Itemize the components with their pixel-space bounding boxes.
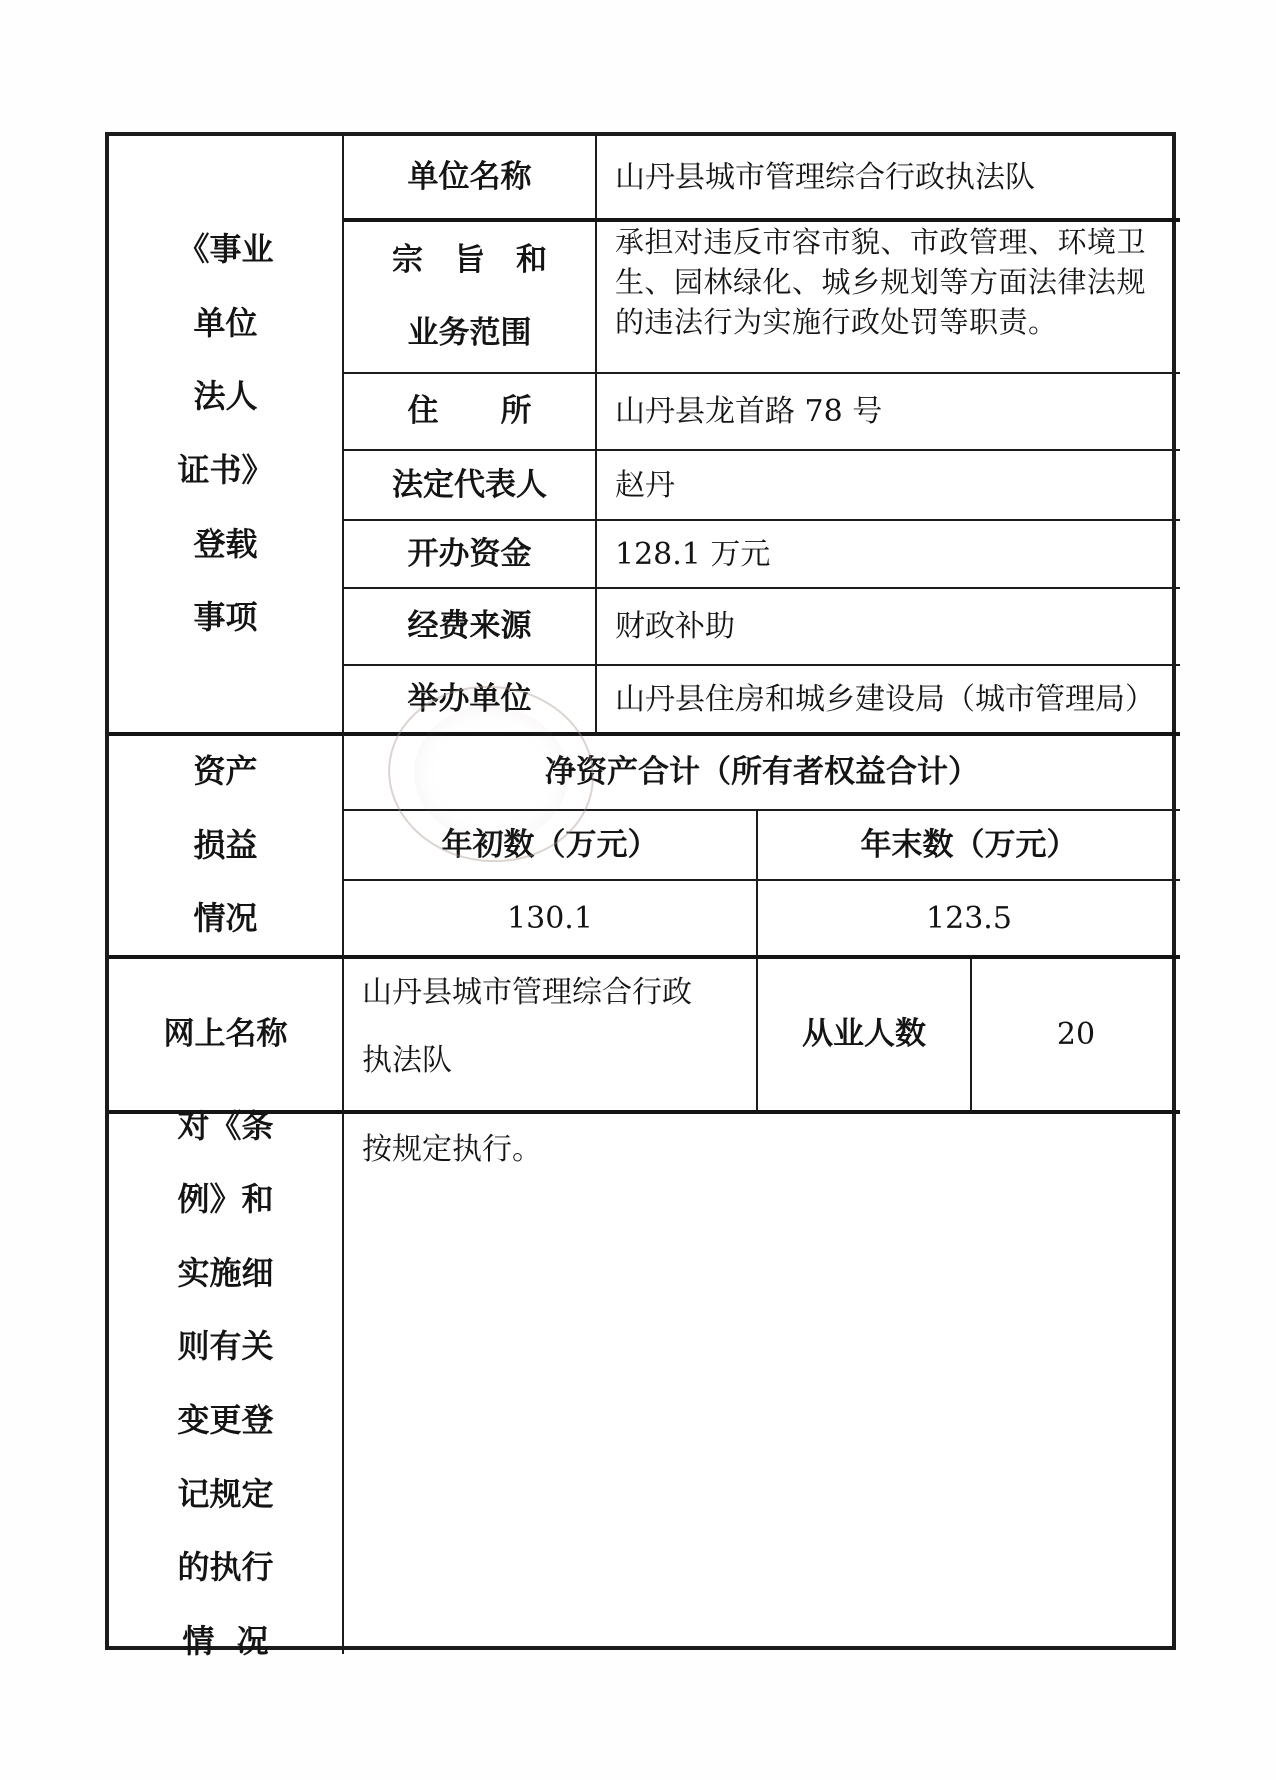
year-start-value: 130.1 [344,881,758,959]
online-name-value: 山丹县城市管理综合行政执法队 [344,959,758,1114]
staff-count-value: 20 [972,959,1180,1114]
opening-funds-value: 128.1 万元 [597,521,1180,589]
year-end-header: 年末数（万元） [758,811,1180,881]
scanned-document-page: 《事业单位法人证书》登载事项 单位名称 山丹县城市管理综合行政执法队 宗 旨 和… [0,0,1276,1780]
year-end-value: 123.5 [758,881,1180,959]
unit-name-value: 山丹县城市管理综合行政执法队 [597,136,1180,222]
section-label-compliance: 对《条例》和实施细则有关变更登记规定的执行情 况 [109,1114,344,1654]
legal-representative-label: 法定代表人 [344,451,597,521]
funding-source-label: 经费来源 [344,589,597,666]
opening-funds-label: 开办资金 [344,521,597,589]
registration-form-table: 《事业单位法人证书》登载事项 单位名称 山丹县城市管理综合行政执法队 宗 旨 和… [105,132,1176,1650]
legal-representative-value: 赵丹 [597,451,1180,521]
compliance-value: 按规定执行。 [344,1114,1180,1654]
address-value: 山丹县龙首路 78 号 [597,374,1180,451]
section-label-assets: 资产损益情况 [109,736,344,959]
net-assets-header: 净资产合计（所有者权益合计） [344,736,1180,811]
section-label-certificate-items: 《事业单位法人证书》登载事项 [109,136,344,736]
purpose-scope-value: 承担对违反市容市貌、市政管理、环境卫生、园林绿化、城乡规划等方面法律法规的违法行… [597,222,1180,374]
address-label: 住 所 [344,374,597,451]
funding-source-value: 财政补助 [597,589,1180,666]
purpose-scope-label: 宗 旨 和业务范围 [344,222,597,374]
unit-name-label: 单位名称 [344,136,597,222]
staff-count-label: 从业人数 [758,959,972,1114]
organizer-label: 举办单位 [344,666,597,736]
organizer-value: 山丹县住房和城乡建设局（城市管理局） [597,666,1180,736]
year-start-header: 年初数（万元） [344,811,758,881]
